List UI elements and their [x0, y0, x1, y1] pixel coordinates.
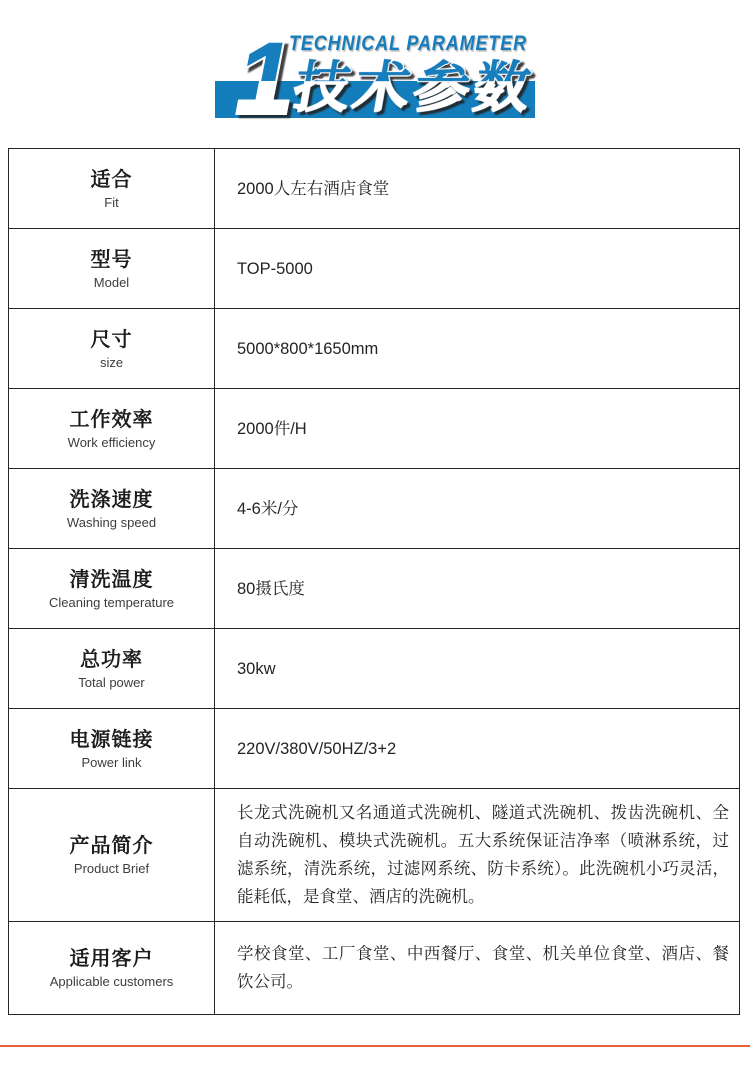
spec-label-zh: 电源链接 [15, 727, 208, 754]
spec-label-en: Power link [15, 754, 208, 771]
spec-value-cell: 80摄氏度 [215, 549, 740, 629]
table-row: 洗涤速度 Washing speed 4-6米/分 [9, 469, 740, 549]
spec-label-cell: 适合 Fit [9, 149, 215, 229]
spec-label-zh: 工作效率 [15, 407, 208, 434]
table-row: 总功率 Total power 30kw [9, 629, 740, 709]
product-spec-page: 技术参数 1 TECHNICAL PARAMETER 适合 Fit 2000人左… [0, 0, 750, 1083]
spec-label-en: Model [15, 274, 208, 291]
spec-label-zh: 型号 [15, 247, 208, 274]
spec-label-cell: 总功率 Total power [9, 629, 215, 709]
spec-table-body: 适合 Fit 2000人左右酒店食堂 型号 Model TOP-5000 尺寸 … [9, 149, 740, 1015]
table-row: 适用客户 Applicable customers 学校食堂、工厂食堂、中西餐厅… [9, 922, 740, 1015]
spec-value-cell: 2000人左右酒店食堂 [215, 149, 740, 229]
spec-value-cell: 220V/380V/50HZ/3+2 [215, 709, 740, 789]
spec-label-en: Fit [15, 194, 208, 211]
table-row: 电源链接 Power link 220V/380V/50HZ/3+2 [9, 709, 740, 789]
spec-label-en: Work efficiency [15, 434, 208, 451]
bottom-divider [0, 1045, 750, 1047]
spec-label-en: Washing speed [15, 514, 208, 531]
table-row: 工作效率 Work efficiency 2000件/H [9, 389, 740, 469]
spec-label-cell: 清洗温度 Cleaning temperature [9, 549, 215, 629]
spec-label-en: Product Brief [15, 860, 208, 877]
table-row: 清洗温度 Cleaning temperature 80摄氏度 [9, 549, 740, 629]
spec-value-cell: 2000件/H [215, 389, 740, 469]
spec-label-cell: 产品简介 Product Brief [9, 789, 215, 922]
spec-label-zh: 产品简介 [15, 833, 208, 860]
spec-label-cell: 型号 Model [9, 229, 215, 309]
spec-label-zh: 洗涤速度 [15, 487, 208, 514]
spec-label-zh: 尺寸 [15, 327, 208, 354]
spec-label-zh: 清洗温度 [15, 567, 208, 594]
spec-table: 适合 Fit 2000人左右酒店食堂 型号 Model TOP-5000 尺寸 … [8, 148, 740, 1015]
spec-value-cell: 长龙式洗碗机又名通道式洗碗机、隧道式洗碗机、拨齿洗碗机、全自动洗碗机、模块式洗碗… [215, 789, 740, 922]
spec-value-cell: 30kw [215, 629, 740, 709]
spec-label-zh: 总功率 [15, 647, 208, 674]
section-header: 技术参数 1 TECHNICAL PARAMETER [0, 0, 750, 140]
spec-label-zh: 适用客户 [15, 946, 208, 973]
section-title-zh: 技术参数 [289, 56, 540, 118]
section-number: 1 [236, 21, 293, 135]
spec-label-cell: 电源链接 Power link [9, 709, 215, 789]
spec-label-cell: 尺寸 size [9, 309, 215, 389]
spec-label-en: Total power [15, 674, 208, 691]
spec-value-cell: 4-6米/分 [215, 469, 740, 549]
table-row: 适合 Fit 2000人左右酒店食堂 [9, 149, 740, 229]
spec-value-cell: 学校食堂、工厂食堂、中西餐厅、食堂、机关单位食堂、酒店、餐饮公司。 [215, 922, 740, 1015]
spec-label-cell: 适用客户 Applicable customers [9, 922, 215, 1015]
table-row: 尺寸 size 5000*800*1650mm [9, 309, 740, 389]
section-title-en: TECHNICAL PARAMETER [289, 32, 527, 55]
table-row: 型号 Model TOP-5000 [9, 229, 740, 309]
spec-label-cell: 工作效率 Work efficiency [9, 389, 215, 469]
table-row: 产品简介 Product Brief 长龙式洗碗机又名通道式洗碗机、隧道式洗碗机… [9, 789, 740, 922]
spec-label-en: Applicable customers [15, 973, 208, 990]
spec-label-en: size [15, 354, 208, 371]
spec-label-cell: 洗涤速度 Washing speed [9, 469, 215, 549]
spec-value-cell: 5000*800*1650mm [215, 309, 740, 389]
spec-value-cell: TOP-5000 [215, 229, 740, 309]
spec-label-zh: 适合 [15, 167, 208, 194]
spec-label-en: Cleaning temperature [15, 594, 208, 611]
